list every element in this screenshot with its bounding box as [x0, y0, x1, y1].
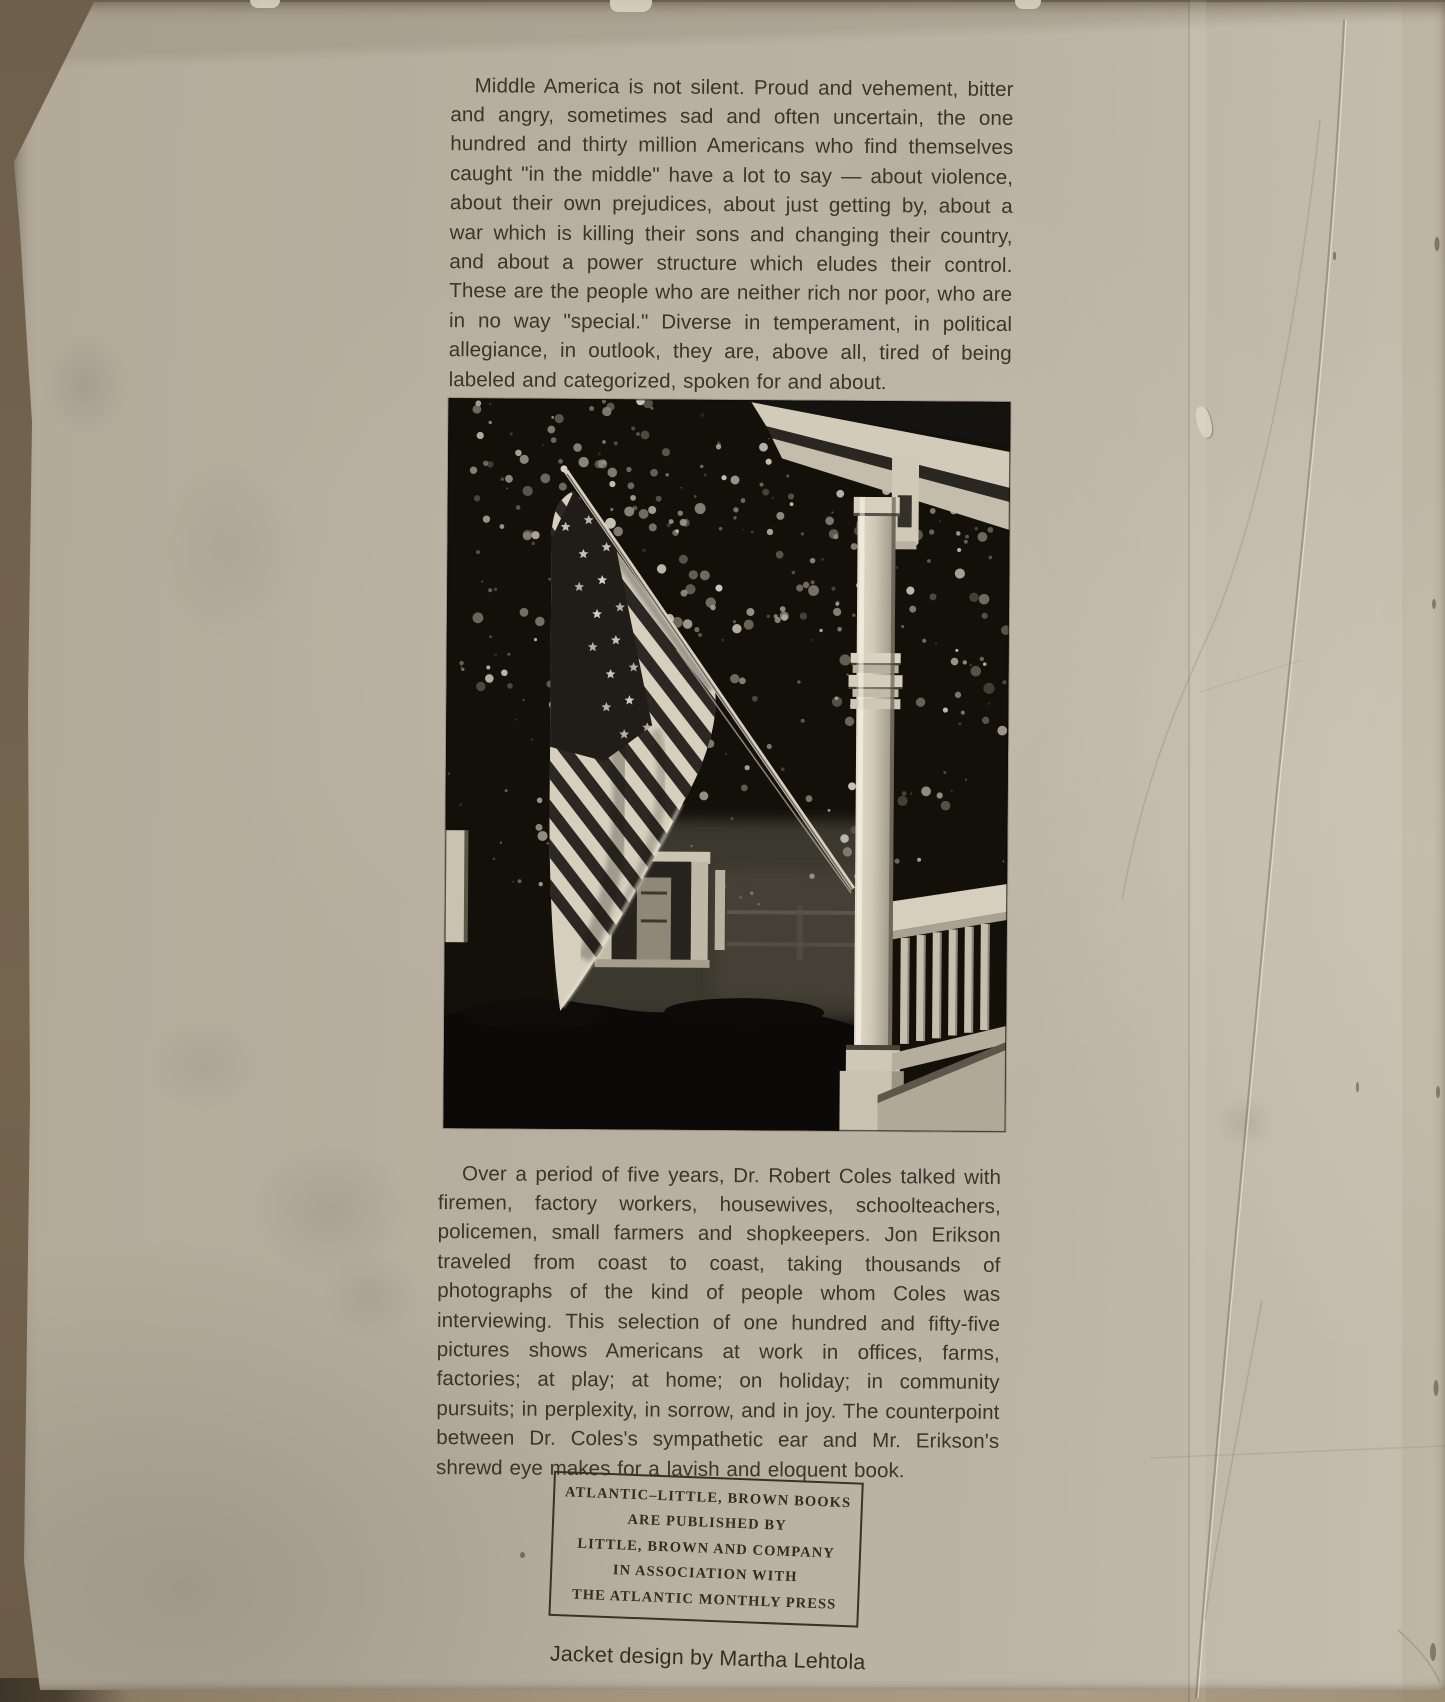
jacket-design-credit: Jacket design by Martha Lehtola: [487, 1640, 928, 1677]
printed-content: Middle America is not silent. Proud and …: [0, 0, 1445, 1702]
blurb-bottom: Over a period of five years, Dr. Robert …: [436, 1159, 1001, 1486]
publisher-box: ATLANTIC–LITTLE, BROWN BOOKS ARE PUBLISH…: [548, 1471, 863, 1628]
book-back-cover: Middle America is not silent. Proud and …: [0, 0, 1445, 1702]
flag-porch-photo: [443, 398, 1010, 1132]
blurb-top: Middle America is not silent. Proud and …: [449, 71, 1014, 398]
